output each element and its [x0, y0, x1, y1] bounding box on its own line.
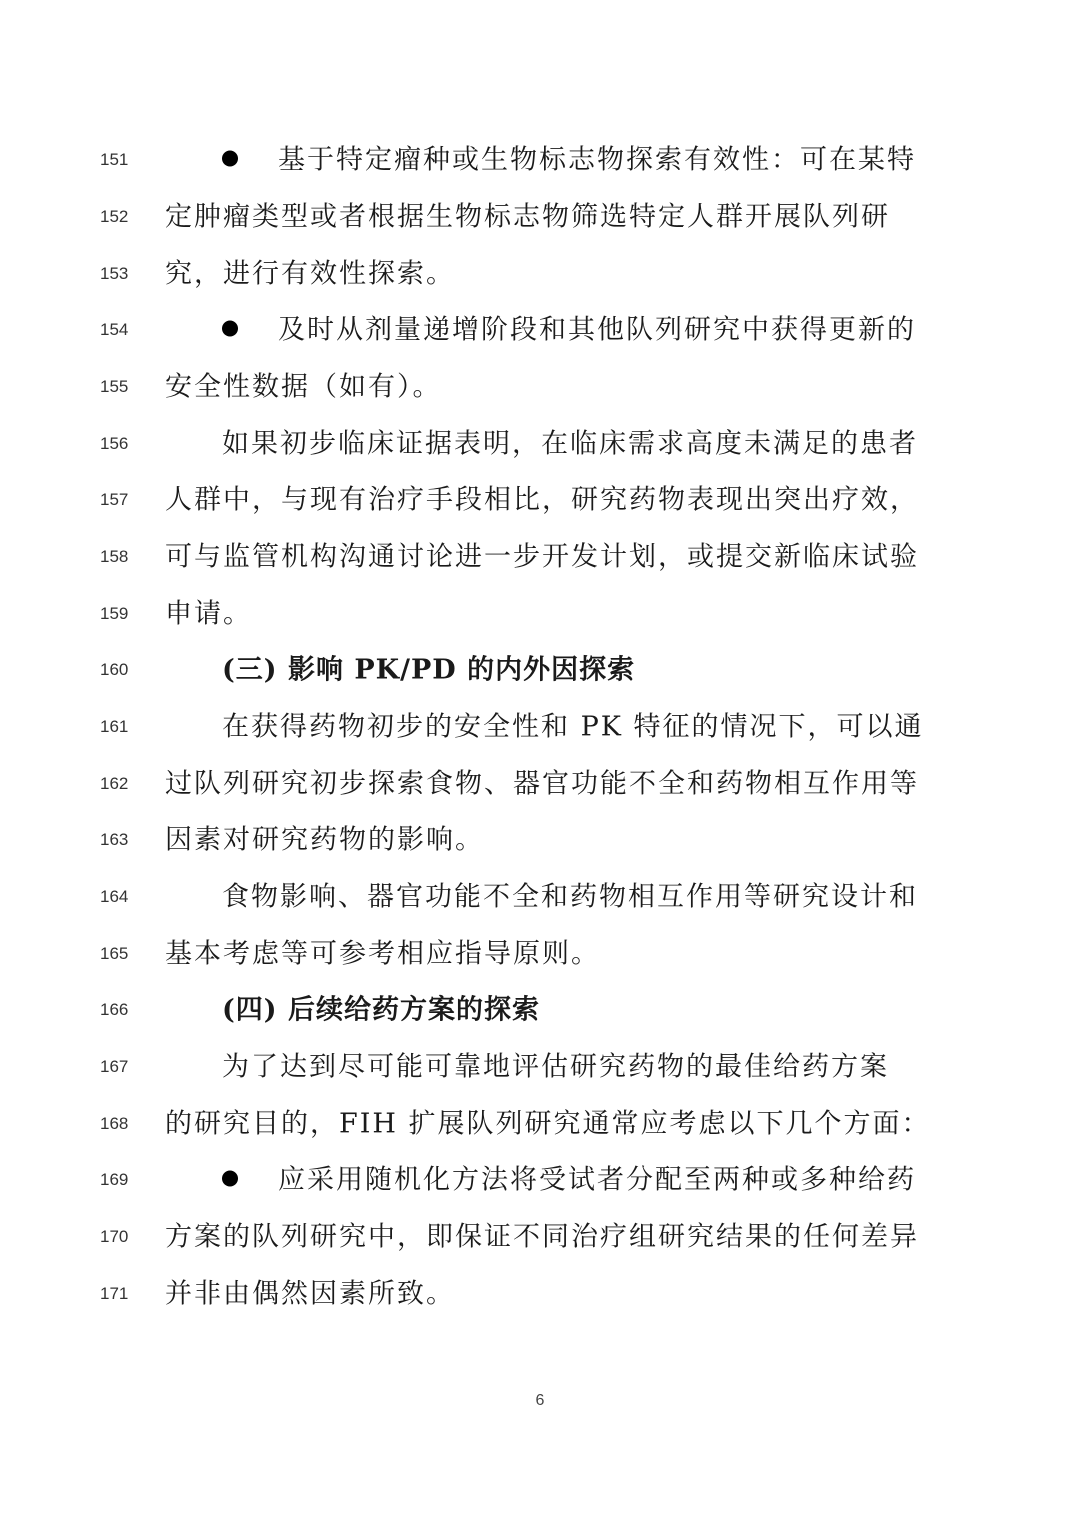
line-number: 164: [100, 887, 132, 907]
line-170: 170 方案的队列研究中，即保证不同治疗组研究结果的任何差异: [0, 1209, 1080, 1265]
body-text: 申请。: [165, 601, 920, 628]
line-number: 169: [100, 1170, 132, 1190]
bullet-icon: [222, 320, 238, 336]
bullet-icon: [222, 150, 238, 166]
line-number: 155: [100, 377, 132, 397]
paragraph-start: 如果初步临床证据表明，在临床需求高度未满足的患者: [222, 431, 920, 458]
line-number: 166: [100, 1000, 132, 1020]
line-167: 167 为了达到尽可能可靠地评估研究药物的最佳给药方案: [0, 1039, 1080, 1095]
line-151: 151 基于特定瘤种或生物标志物探索有效性：可在某特: [0, 132, 1080, 188]
line-164: 164 食物影响、器官功能不全和药物相互作用等研究设计和: [0, 869, 1080, 925]
line-156: 156 如果初步临床证据表明，在临床需求高度未满足的患者: [0, 416, 1080, 472]
body-text: 究，进行有效性探索。: [165, 261, 920, 288]
line-154: 154 及时从剂量递增阶段和其他队列研究中获得更新的: [0, 302, 1080, 358]
line-153: 153 究，进行有效性探索。: [0, 246, 1080, 302]
body-text: 因素对研究药物的影响。: [165, 827, 920, 854]
bullet-item: 及时从剂量递增阶段和其他队列研究中获得更新的: [222, 317, 920, 344]
line-number: 157: [100, 490, 132, 510]
line-157: 157 人群中，与现有治疗手段相比，研究药物表现出突出疗效，: [0, 472, 1080, 528]
body-text: 的研究目的，FIH 扩展队列研究通常应考虑以下几个方面：: [165, 1111, 920, 1138]
line-161: 161 在获得药物初步的安全性和 PK 特征的情况下，可以通: [0, 699, 1080, 755]
line-158: 158 可与监管机构沟通讨论进一步开发计划，或提交新临床试验: [0, 529, 1080, 585]
body-text: 可与监管机构沟通讨论进一步开发计划，或提交新临床试验: [165, 544, 920, 571]
body-text: 并非由偶然因素所致。: [165, 1281, 920, 1308]
body-text: 定肿瘤类型或者根据生物标志物筛选特定人群开展队列研: [165, 204, 920, 231]
line-number: 153: [100, 264, 132, 284]
body-text: 过队列研究初步探索食物、器官功能不全和药物相互作用等: [165, 771, 920, 798]
line-number: 167: [100, 1057, 132, 1077]
line-171: 171 并非由偶然因素所致。: [0, 1266, 1080, 1322]
line-152: 152 定肿瘤类型或者根据生物标志物筛选特定人群开展队列研: [0, 189, 1080, 245]
line-number: 158: [100, 547, 132, 567]
line-number: 151: [100, 150, 132, 170]
line-166: 166 (四) 后续给药方案的探索: [0, 982, 1080, 1038]
line-number: 171: [100, 1284, 132, 1304]
line-number: 162: [100, 774, 132, 794]
section-heading: (三) 影响 PK/PD 的内外因探索: [222, 657, 920, 684]
line-number: 154: [100, 320, 132, 340]
line-155: 155 安全性数据（如有）。: [0, 359, 1080, 415]
line-number: 152: [100, 207, 132, 227]
body-text: 基本考虑等可参考相应指导原则。: [165, 941, 920, 968]
line-number: 156: [100, 434, 132, 454]
bullet-item: 应采用随机化方法将受试者分配至两种或多种给药: [222, 1167, 920, 1194]
line-165: 165 基本考虑等可参考相应指导原则。: [0, 926, 1080, 982]
line-169: 169 应采用随机化方法将受试者分配至两种或多种给药: [0, 1152, 1080, 1208]
bullet-item: 基于特定瘤种或生物标志物探索有效性：可在某特: [222, 147, 920, 174]
line-168: 168 的研究目的，FIH 扩展队列研究通常应考虑以下几个方面：: [0, 1096, 1080, 1152]
body-text: 人群中，与现有治疗手段相比，研究药物表现出突出疗效，: [165, 487, 920, 514]
page-number: 6: [0, 1392, 1080, 1410]
body-text: 方案的队列研究中，即保证不同治疗组研究结果的任何差异: [165, 1224, 920, 1251]
line-number: 159: [100, 604, 132, 624]
line-number: 170: [100, 1227, 132, 1247]
line-163: 163 因素对研究药物的影响。: [0, 812, 1080, 868]
line-number: 161: [100, 717, 132, 737]
paragraph-start: 为了达到尽可能可靠地评估研究药物的最佳给药方案: [222, 1054, 920, 1081]
line-number: 163: [100, 830, 132, 850]
line-162: 162 过队列研究初步探索食物、器官功能不全和药物相互作用等: [0, 756, 1080, 812]
line-159: 159 申请。: [0, 586, 1080, 642]
paragraph-start: 在获得药物初步的安全性和 PK 特征的情况下，可以通: [222, 714, 920, 741]
paragraph-start: 食物影响、器官功能不全和药物相互作用等研究设计和: [222, 884, 920, 911]
body-text: 安全性数据（如有）。: [165, 374, 920, 401]
line-number: 160: [100, 660, 132, 680]
bullet-icon: [222, 1170, 238, 1186]
line-number: 168: [100, 1114, 132, 1134]
document-page: 151 基于特定瘤种或生物标志物探索有效性：可在某特 152 定肿瘤类型或者根据…: [0, 0, 1080, 1528]
line-160: 160 (三) 影响 PK/PD 的内外因探索: [0, 642, 1080, 698]
section-heading: (四) 后续给药方案的探索: [222, 997, 920, 1024]
line-number: 165: [100, 944, 132, 964]
